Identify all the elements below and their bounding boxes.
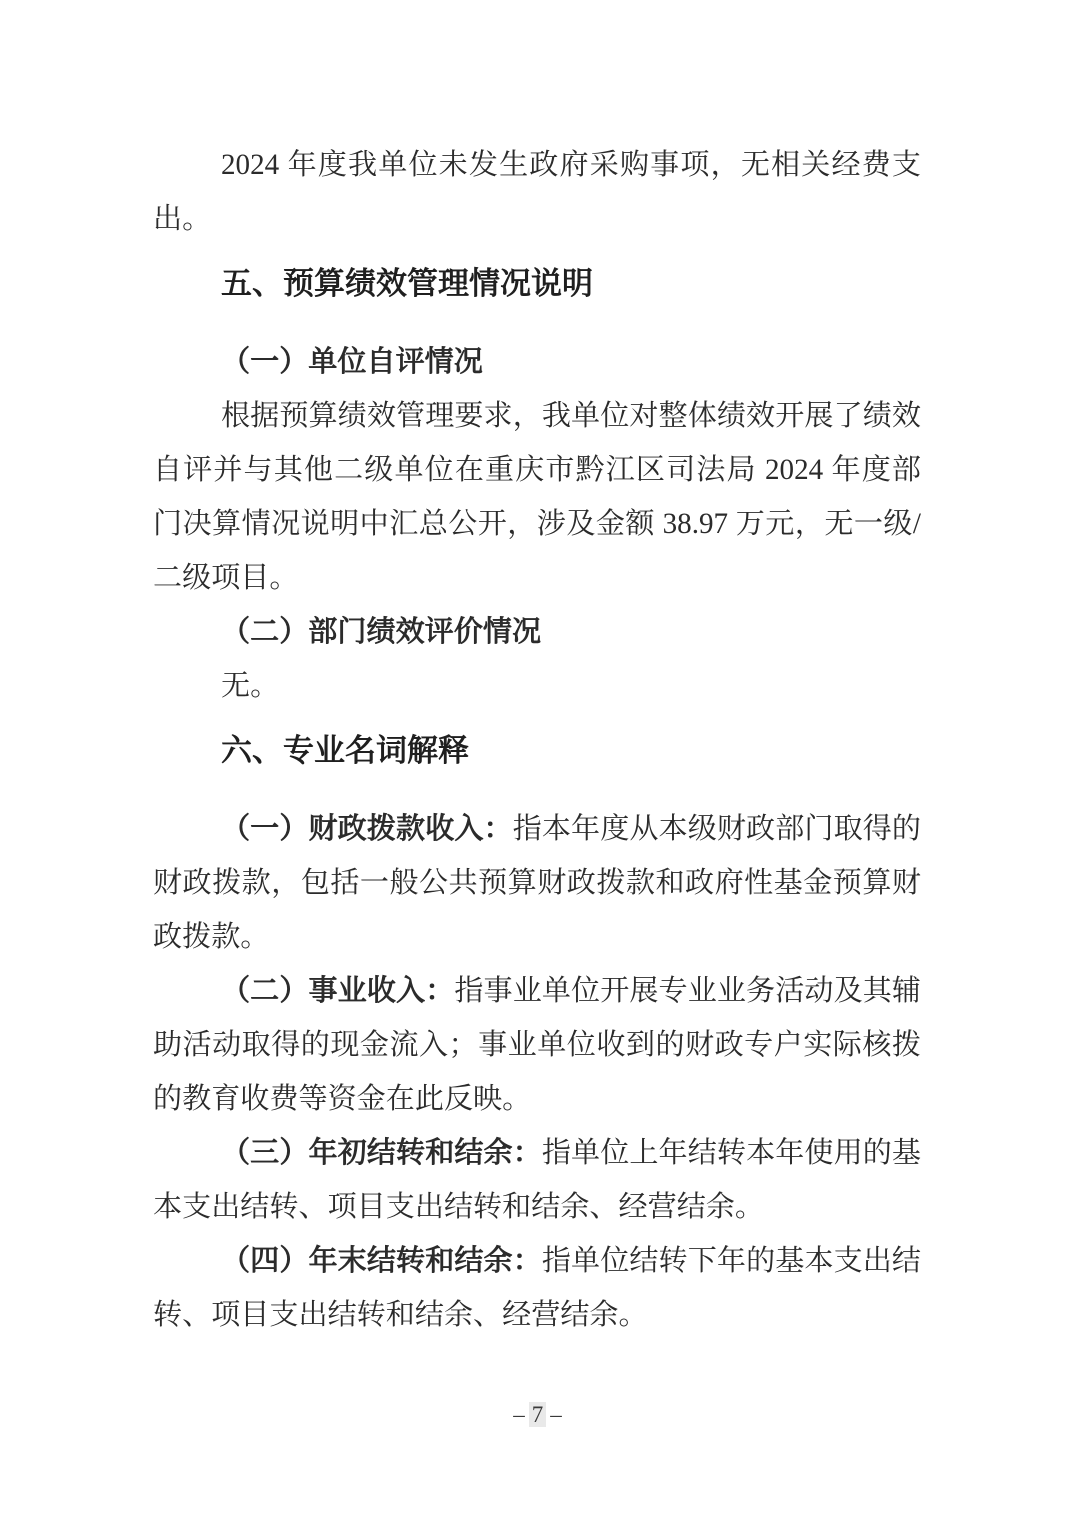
para-none: 无。 [153, 659, 921, 713]
term-item-operating-income: （二）事业收入：指事业单位开展专业业务活动及其辅助活动取得的现金流入；事业单位收… [153, 964, 921, 1126]
footer-left-dash: – [513, 1402, 525, 1427]
para-government-procurement: 2024 年度我单位未发生政府采购事项，无相关经费支出。 [153, 138, 921, 246]
page-footer: –7– [0, 1400, 1075, 1430]
page-number: 7 [529, 1402, 547, 1427]
document-body: 2024 年度我单位未发生政府采购事项，无相关经费支出。 五、预算绩效管理情况说… [153, 138, 921, 1342]
term-item-beginning-carryover-surplus: （三）年初结转和结余：指单位上年结转本年使用的基本支出结转、项目支出结转和结余、… [153, 1126, 921, 1234]
section-heading-5-budget-performance: 五、预算绩效管理情况说明 [153, 257, 921, 311]
document-page: 2024 年度我单位未发生政府采购事项，无相关经费支出。 五、预算绩效管理情况说… [0, 0, 1075, 1520]
term-label: （四）年末结转和结余： [221, 1245, 542, 1277]
term-label: （三）年初结转和结余： [221, 1137, 542, 1169]
section-heading-6-terminology: 六、专业名词解释 [153, 724, 921, 778]
term-item-yearend-carryover-surplus: （四）年末结转和结余：指单位结转下年的基本支出结转、项目支出结转和结余、经营结余… [153, 1234, 921, 1342]
footer-right-dash: – [550, 1402, 562, 1427]
para-self-evaluation: 根据预算绩效管理要求，我单位对整体绩效开展了绩效自评并与其他二级单位在重庆市黔江… [153, 389, 921, 605]
subsection-heading-unit-self-evaluation: （一）单位自评情况 [153, 335, 921, 389]
term-label: （二）事业收入： [221, 975, 454, 1007]
subsection-heading-department-performance-evaluation: （二）部门绩效评价情况 [153, 605, 921, 659]
term-label: （一）财政拨款收入： [221, 813, 513, 845]
term-item-fiscal-appropriation-income: （一）财政拨款收入：指本年度从本级财政部门取得的财政拨款，包括一般公共预算财政拨… [153, 802, 921, 964]
